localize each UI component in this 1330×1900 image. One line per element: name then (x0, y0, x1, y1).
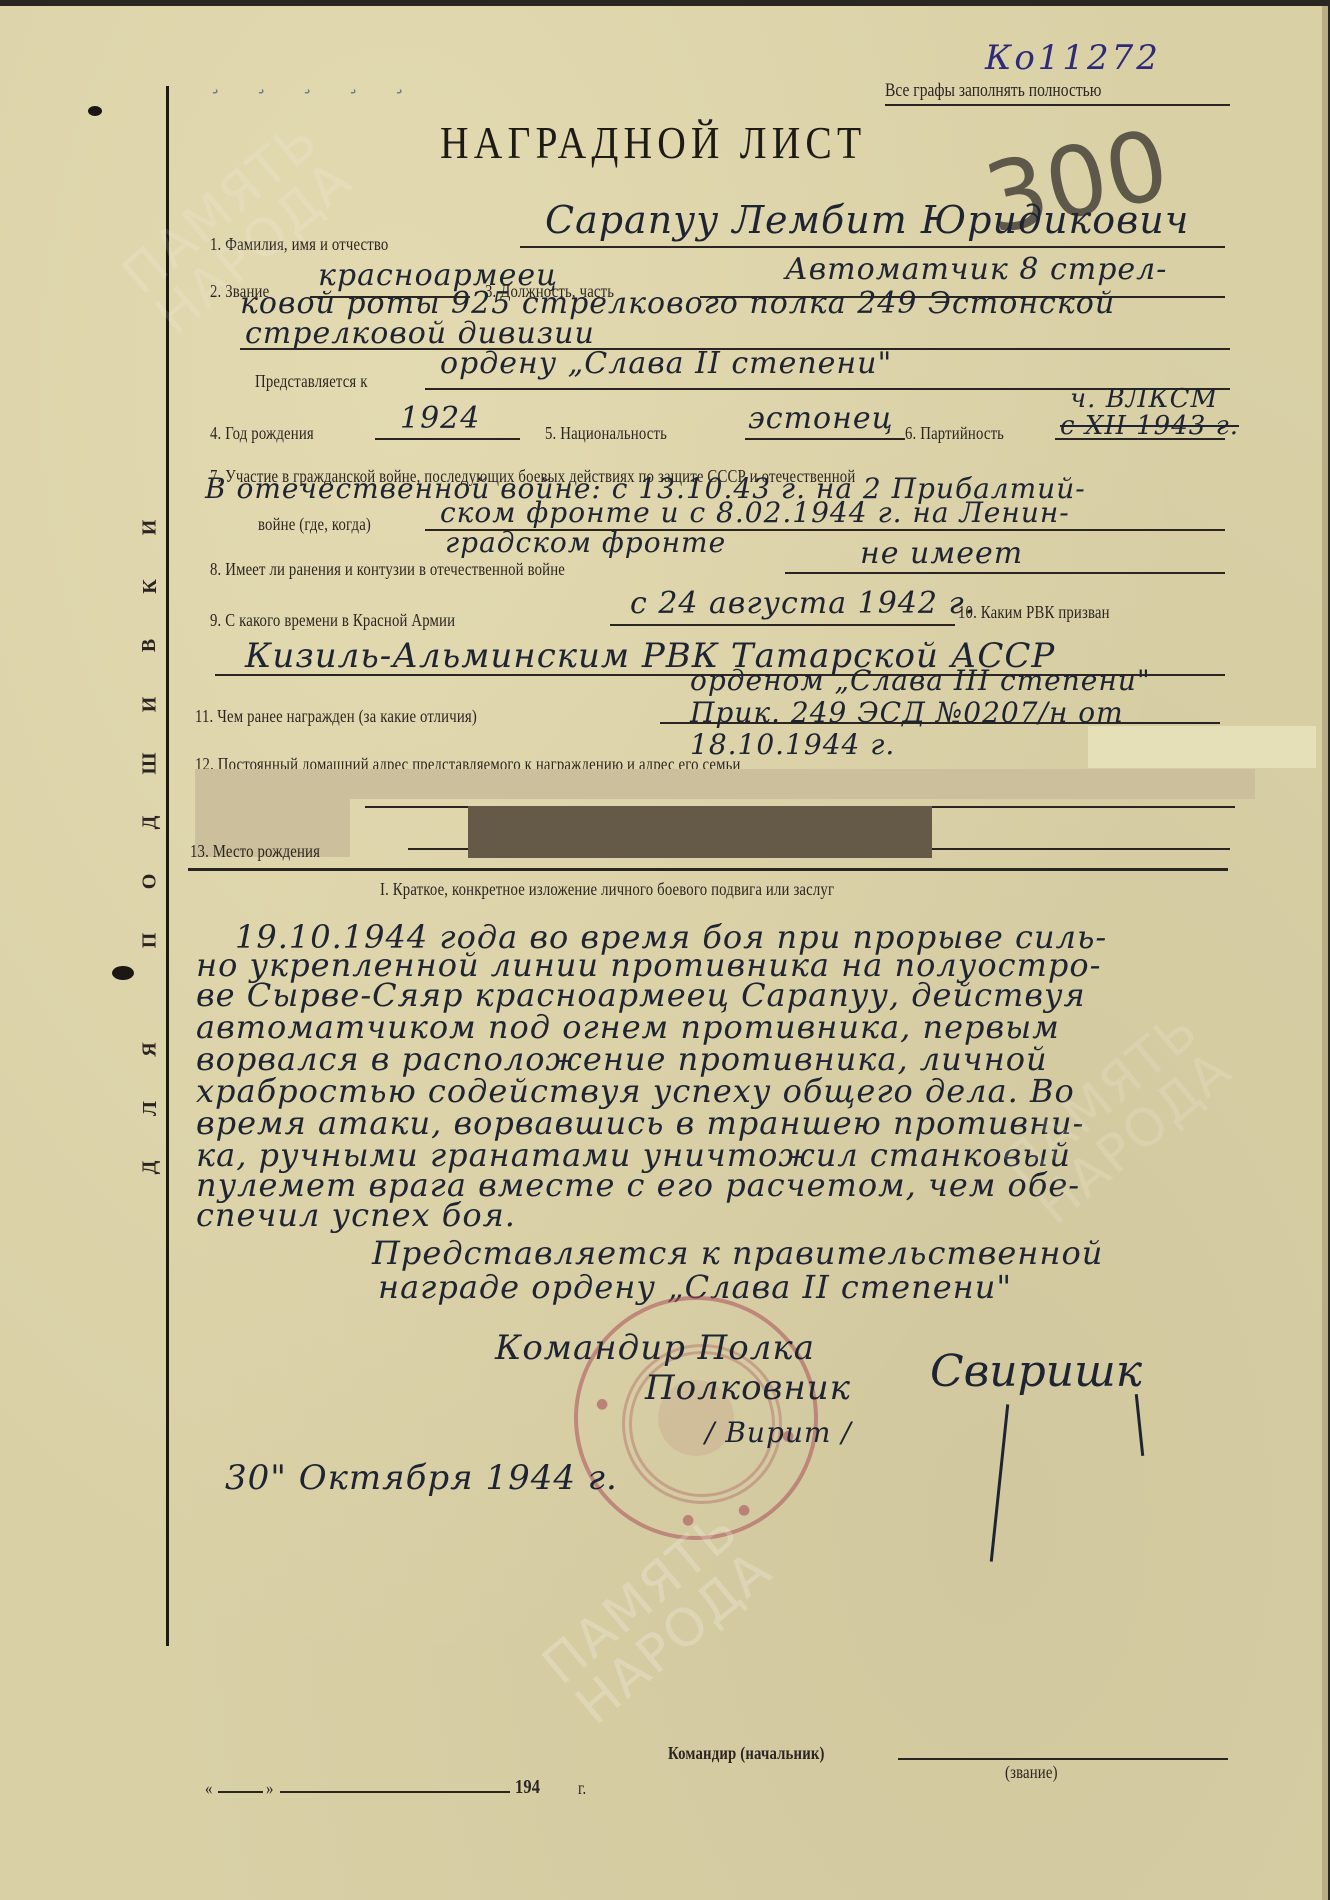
field-4-value: 1924 (400, 401, 480, 436)
field-10-label: 10. Каким РВК призван (958, 602, 1110, 623)
archive-number: Ко11272 (985, 38, 1161, 78)
signoff-name: / Вирит / (705, 1416, 852, 1449)
field-3-value-line-1: Автоматчик 8 стрел- (785, 252, 1167, 287)
field-5-label: 5. Национальность (545, 423, 667, 444)
punch-hole (112, 966, 134, 980)
section-heading: I. Краткое, конкретное изложение личного… (380, 879, 834, 900)
field-11-value-line-1: орденом „Слава III степени" (690, 664, 1151, 697)
field-11-label: 11. Чем ранее награжден (за какие отличи… (195, 706, 477, 727)
narrative-line: спечил успех боя. (196, 1196, 516, 1234)
recommendation-line: Представляется к правительственной (372, 1234, 1103, 1272)
field-4-label: 4. Год рождения (210, 423, 314, 444)
field-8-line (785, 572, 1225, 574)
margin-vertical-label: И К В И Ш Д О П Я Л Д (138, 516, 162, 1179)
field-9-line (610, 624, 955, 626)
field-5-line (745, 438, 905, 440)
punch-hole (88, 106, 102, 116)
fill-instruction: Все графы заполнять полностью (885, 80, 1101, 102)
field-6-value: ч. ВЛКСМ (1070, 384, 1218, 414)
signoff-date: 30" Октября 1944 г. (225, 1458, 618, 1498)
field-5-value: эстонец (748, 401, 894, 436)
footer-day-line (218, 1791, 263, 1793)
field-6-label: 6. Партийность (905, 423, 1004, 444)
field-8-label: 8. Имеет ли ранения и контузии в отечест… (210, 559, 565, 580)
redaction-block (1088, 726, 1316, 768)
footer-date-close: » (266, 1778, 274, 1799)
field-9-value: с 24 августа 1942 г. (630, 586, 975, 621)
field-7-value-line-2: ском фронте и с 8.02.1944 г. на Ленин- (440, 496, 1070, 529)
signature-stroke (1135, 1394, 1144, 1456)
field-7-value-line-3: градском фронте (445, 526, 726, 559)
footer-rank-caption: (звание) (1005, 1762, 1058, 1783)
fill-instruction-underline (885, 104, 1230, 106)
footer-year-prefix: 194 (515, 1776, 540, 1799)
field-1-value: Сарапуу Лембит Юридикович (545, 198, 1189, 242)
footer-date-open: « (205, 1778, 213, 1799)
footer-commander-line (898, 1758, 1228, 1760)
field-8-value: не имеет (860, 536, 1023, 571)
footer-commander-label: Командир (начальник) (668, 1743, 825, 1764)
field-9-label: 9. С какого времени в Красной Армии (210, 610, 455, 631)
signoff-position: Командир Полка (495, 1328, 815, 1368)
nominated-value: ордену „Слава II степени" (440, 346, 892, 381)
field-4-line (375, 438, 520, 440)
footer-year-suffix: г. (578, 1778, 586, 1799)
redaction-block (468, 806, 932, 858)
field-13-label: 13. Место рождения (190, 841, 320, 862)
commander-signature: Свиришк (930, 1346, 1142, 1397)
footer-month-line (280, 1791, 510, 1793)
field-1-line (520, 246, 1225, 248)
faint-handwritten-marks: ¸ ¸ ¸ ¸ ¸ (210, 70, 419, 95)
document-title: НАГРАДНОЙ ЛИСТ (440, 116, 866, 169)
section-divider (188, 868, 1228, 871)
award-sheet-page: И К В И Ш Д О П Я Л Д ¸ ¸ ¸ ¸ ¸ Ко11272 … (0, 6, 1328, 1900)
nominated-label: Представляется к (255, 371, 368, 392)
redaction-block (195, 769, 1255, 799)
field-11-value-line-2: Прик. 249 ЭСД №0207/н от (690, 696, 1124, 729)
signoff-rank: Полковник (645, 1368, 851, 1408)
field-7-label-line-2: войне (где, когда) (258, 514, 371, 535)
field-6-struck-value: с XII 1943 г. (1060, 411, 1239, 441)
watermark: ПАМЯТЬ НАРОДА (534, 1503, 781, 1734)
signature-stroke (990, 1404, 1009, 1561)
